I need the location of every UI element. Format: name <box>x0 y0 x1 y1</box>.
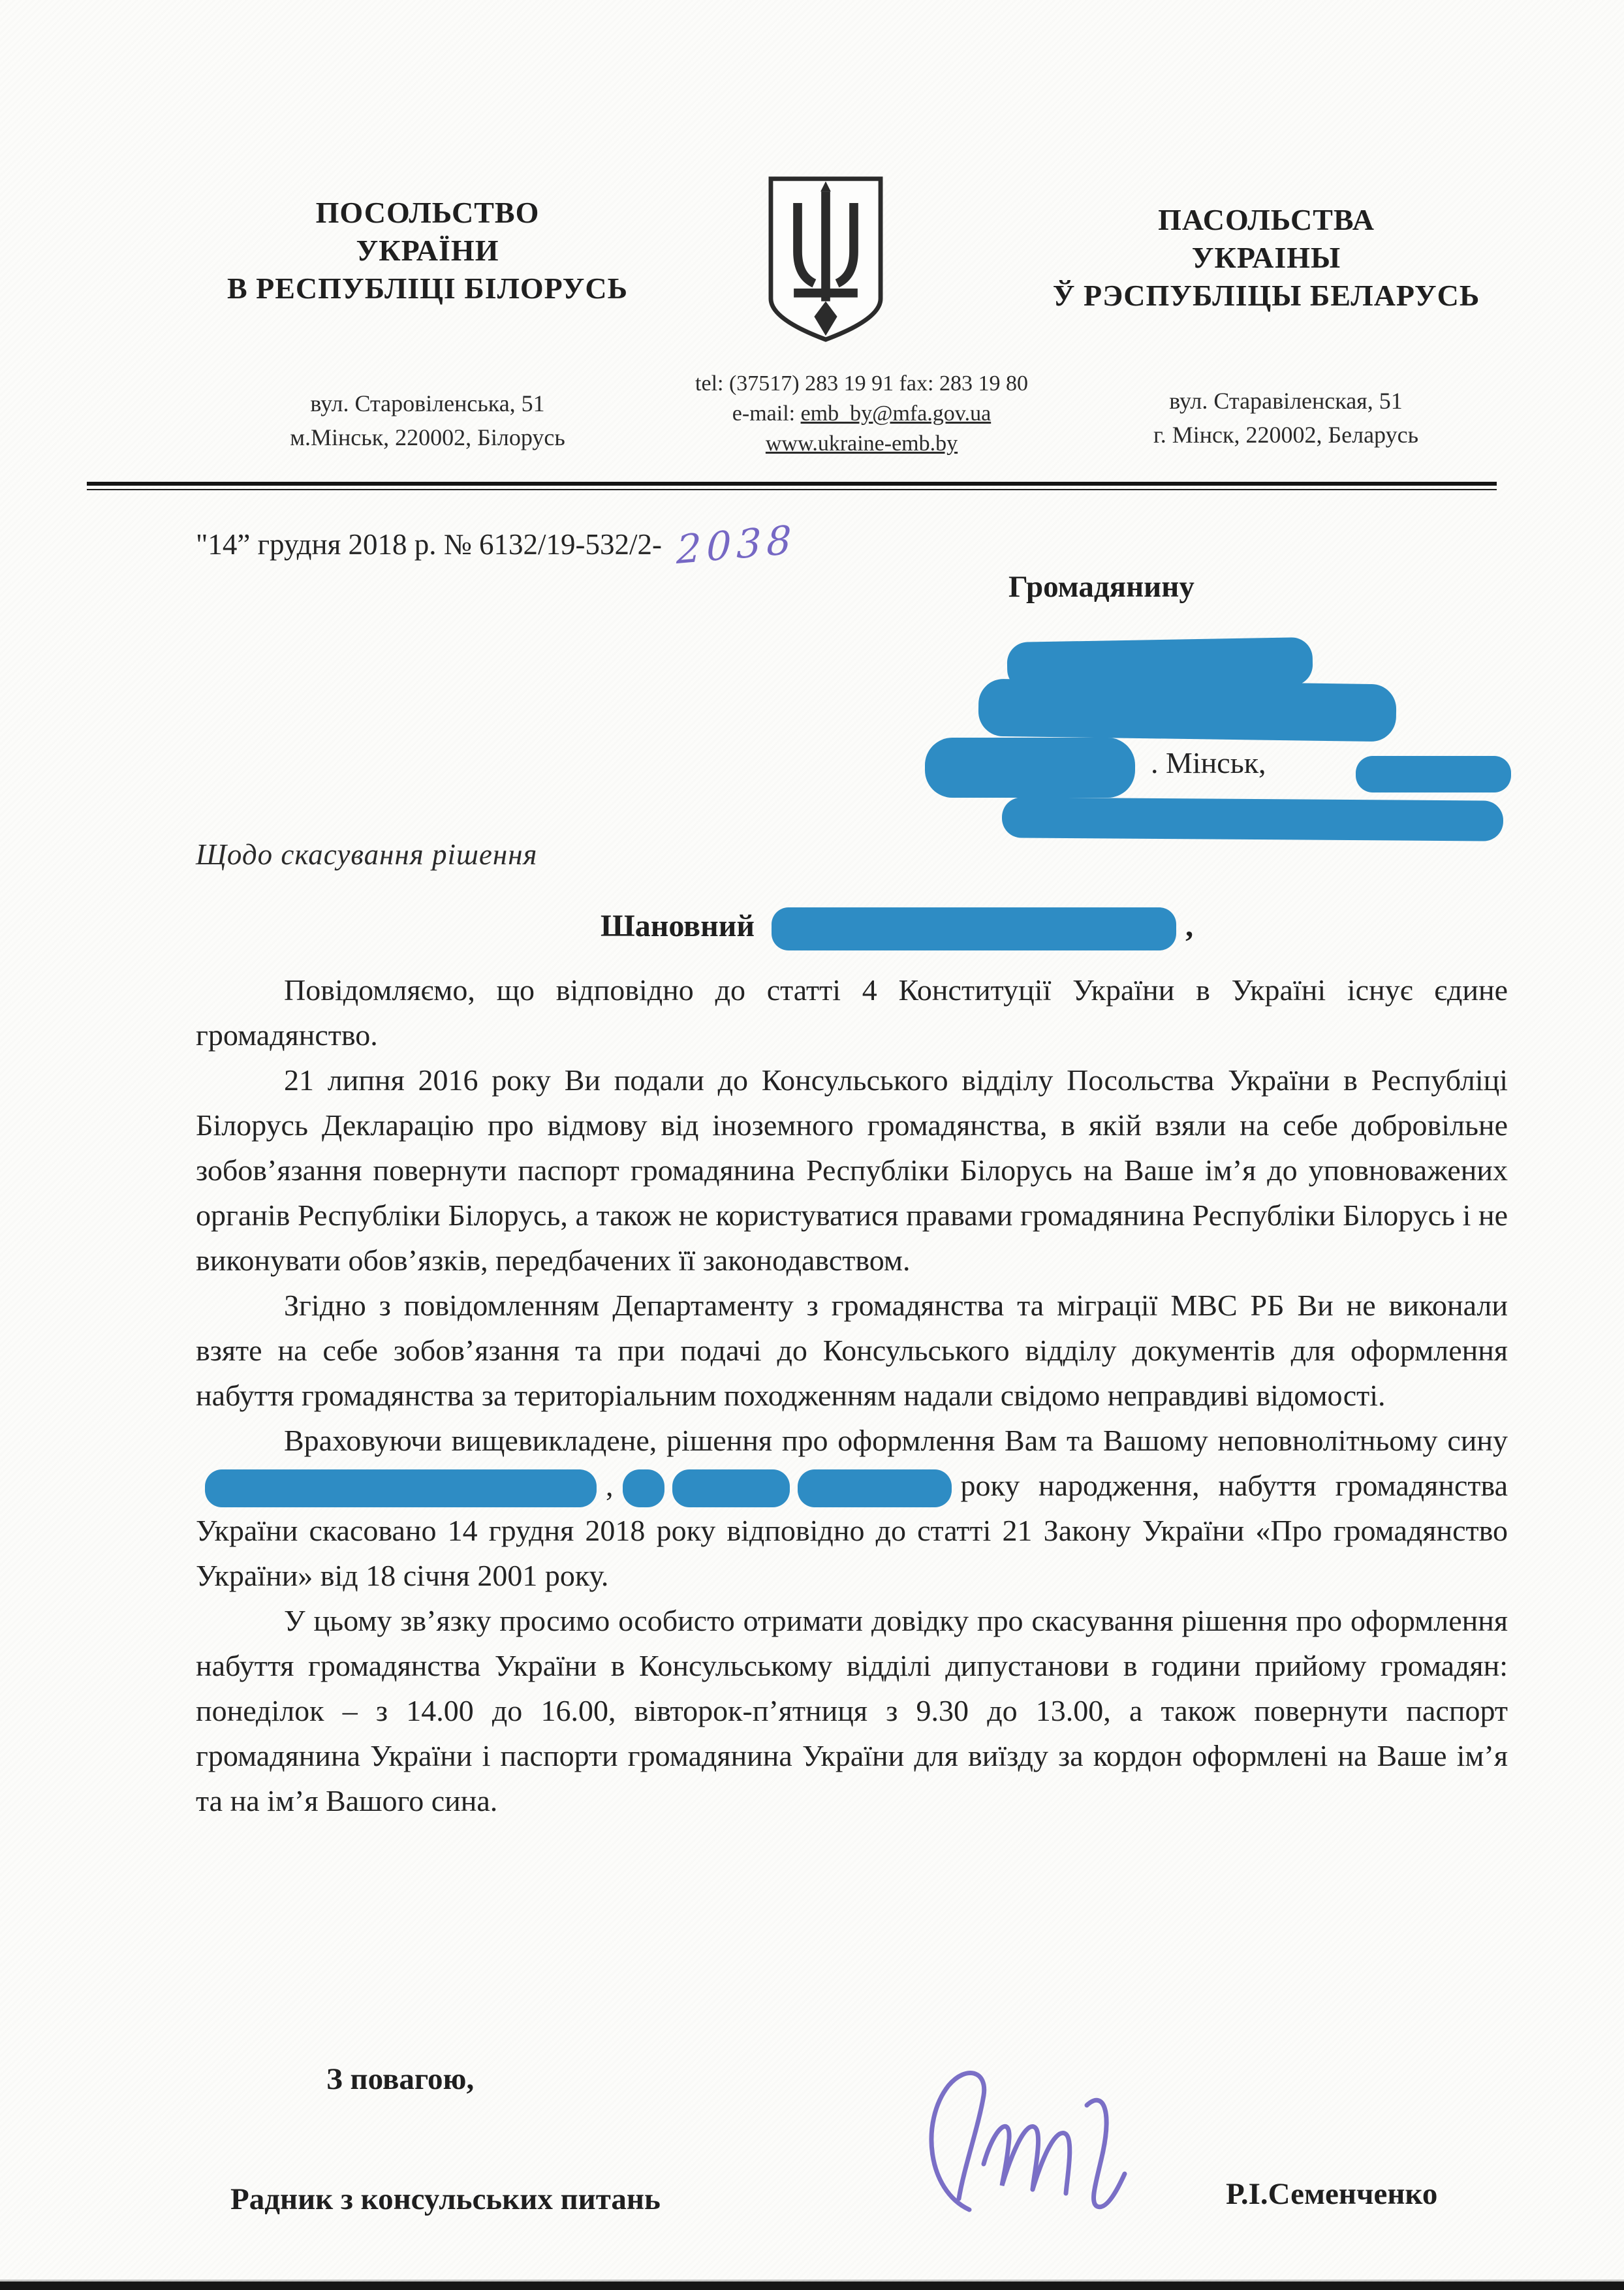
embassy-title-ukrainian: ПОСОЛЬСТВО УКРАЇНИ В РЕСПУБЛІЦІ БІЛОРУСЬ <box>199 194 656 307</box>
reference-line: "14” грудня 2018 р. № 6132/19-532/2-2038 <box>196 522 797 568</box>
addressee-block: Громадянину . Мінськ, <box>911 569 1524 843</box>
contact-be-street: вул. Старавіленская, 51 <box>1070 384 1501 418</box>
contact-be-city: г. Мінск, 220002, Беларусь <box>1070 418 1501 452</box>
addressee-visible-fragment: . Мінськ, <box>1151 745 1266 780</box>
contact-uk-city: м.Мінськ, 220002, Білорусь <box>199 420 656 454</box>
redaction-block <box>1356 756 1511 792</box>
closing-regards: З повагою, <box>326 2062 474 2097</box>
contact-uk-street: вул. Старовіленська, 51 <box>199 386 656 420</box>
embassy-title-uk-line2: УКРАЇНИ <box>199 232 656 270</box>
letterhead-divider-rule <box>87 482 1497 490</box>
embassy-title-uk-line3: В РЕСПУБЛІЦІ БІЛОРУСЬ <box>199 270 656 307</box>
redaction-block <box>772 907 1176 950</box>
redaction-block <box>205 1469 597 1507</box>
body-paragraph-2: 21 липня 2016 року Ви подали до Консульс… <box>196 1058 1508 1283</box>
email-address: emb_by@mfa.gov.ua <box>801 401 992 426</box>
body-paragraph-1: Повідомляємо, що відповідно до статті 4 … <box>196 967 1508 1058</box>
redaction-block <box>978 679 1396 742</box>
website-address: www.ukraine-emb.by <box>766 431 958 456</box>
contact-address-ukrainian: вул. Старовіленська, 51 м.Мінськ, 220002… <box>199 386 656 454</box>
embassy-title-uk-line1: ПОСОЛЬСТВО <box>199 194 656 232</box>
phone-fax-line: tel: (37517) 283 19 91 fax: 283 19 80 <box>653 369 1070 399</box>
signer-name: Р.І.Семенченко <box>1226 2176 1437 2212</box>
website-line: www.ukraine-emb.by <box>653 429 1070 459</box>
redaction-block <box>623 1469 664 1507</box>
salutation-line: Шановний , <box>601 907 1193 950</box>
salutation-comma: , <box>1185 909 1193 943</box>
paragraph4-comma: , <box>606 1469 614 1502</box>
body-paragraph-5: У цьому зв’язку просимо особисто отримат… <box>196 1598 1508 1823</box>
embassy-title-belarusian: ПАСОЛЬСТВА УКРАІНЫ Ў РЭСПУБЛІЦЫ БЕЛАРУСЬ <box>1022 201 1511 315</box>
redaction-block <box>1002 797 1503 841</box>
email-label: e-mail: <box>732 401 801 426</box>
reference-handwritten-number: 2038 <box>676 517 797 573</box>
ukraine-trident-emblem-icon <box>744 175 907 343</box>
addressee-title: Громадянину <box>1008 569 1195 604</box>
letter-body: Повідомляємо, що відповідно до статті 4 … <box>196 967 1508 1823</box>
email-line: e-mail: emb_by@mfa.gov.ua <box>653 399 1070 429</box>
salutation-prefix: Шановний <box>601 909 755 943</box>
body-paragraph-4: Враховуючи вищевикладене, рішення про оф… <box>196 1418 1508 1598</box>
redaction-block <box>925 738 1135 798</box>
embassy-title-be-line3: Ў РЭСПУБЛІЦЫ БЕЛАРУСЬ <box>1022 277 1511 315</box>
handwritten-signature-icon <box>904 2043 1185 2246</box>
contact-phone-web-block: tel: (37517) 283 19 91 fax: 283 19 80 e-… <box>653 369 1070 459</box>
scan-bottom-edge <box>0 2282 1624 2290</box>
body-paragraph-3: Згідно з повідомленням Департаменту з гр… <box>196 1283 1508 1418</box>
scanned-letter-page: ПОСОЛЬСТВО УКРАЇНИ В РЕСПУБЛІЦІ БІЛОРУСЬ… <box>0 0 1624 2290</box>
subject-line: Щодо скасування рішення <box>196 838 537 871</box>
redaction-block <box>798 1469 952 1507</box>
embassy-title-be-line1: ПАСОЛЬСТВА <box>1022 201 1511 239</box>
paragraph4-text: Враховуючи вищевикладене, рішення про оф… <box>284 1424 1508 1457</box>
reference-printed: "14” грудня 2018 р. № 6132/19-532/2- <box>196 528 662 561</box>
signer-position: Радник з консульських питань <box>230 2182 661 2217</box>
contact-address-belarusian: вул. Старавіленская, 51 г. Мінск, 220002… <box>1070 384 1501 452</box>
embassy-title-be-line2: УКРАІНЫ <box>1022 239 1511 277</box>
redaction-block <box>672 1469 790 1507</box>
